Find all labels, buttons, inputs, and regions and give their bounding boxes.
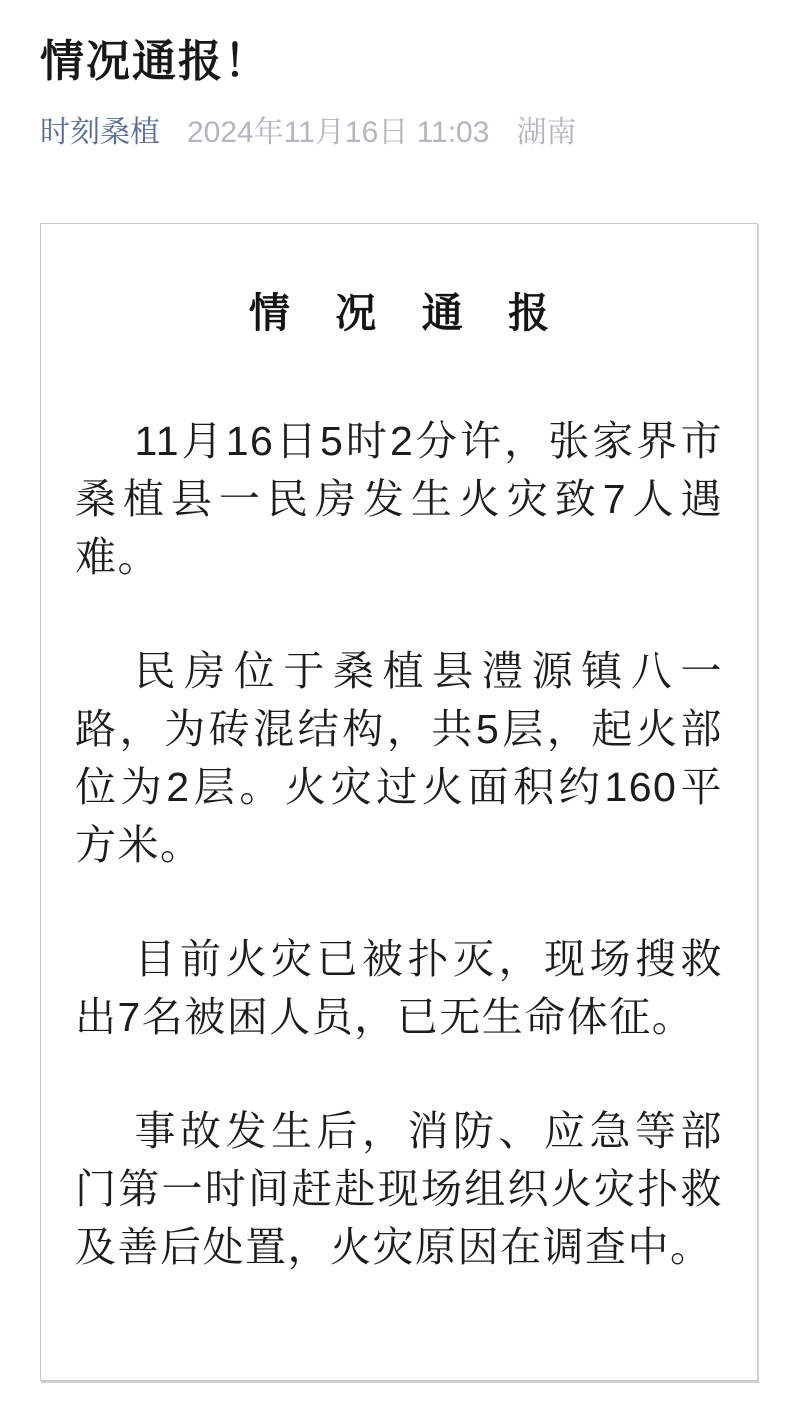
notice-image[interactable]: 情 况 通 报 11月16日5时2分许，张家界市桑植县一民房发生火灾致7人遇难。… xyxy=(40,223,758,1381)
article-page: 情况通报！ 时刻桑植 2024年11月16日 11:03 湖南 情 况 通 报 … xyxy=(0,0,800,1411)
notice-heading: 情 况 通 报 xyxy=(75,284,723,342)
article-byline: 时刻桑植 2024年11月16日 11:03 湖南 xyxy=(40,115,758,151)
notice-paragraph-3: 目前火灾已被扑灭，现场搜救出7名被困人员，已无生命体征。 xyxy=(75,930,723,1046)
notice-paragraph-4: 事故发生后，消防、应急等部门第一时间赶赴现场组织火灾扑救及善后处置，火灾原因在调… xyxy=(75,1102,723,1276)
article-title: 情况通报！ xyxy=(40,34,758,89)
publish-location: 湖南 xyxy=(516,115,576,151)
notice-paragraph-1: 11月16日5时2分许，张家界市桑植县一民房发生火灾致7人遇难。 xyxy=(75,412,723,586)
publish-datetime: 2024年11月16日 11:03 xyxy=(187,115,489,151)
account-link[interactable]: 时刻桑植 xyxy=(40,115,160,151)
notice-paragraph-2: 民房位于桑植县澧源镇八一路，为砖混结构，共5层，起火部位为2层。火灾过火面积约1… xyxy=(75,642,723,874)
